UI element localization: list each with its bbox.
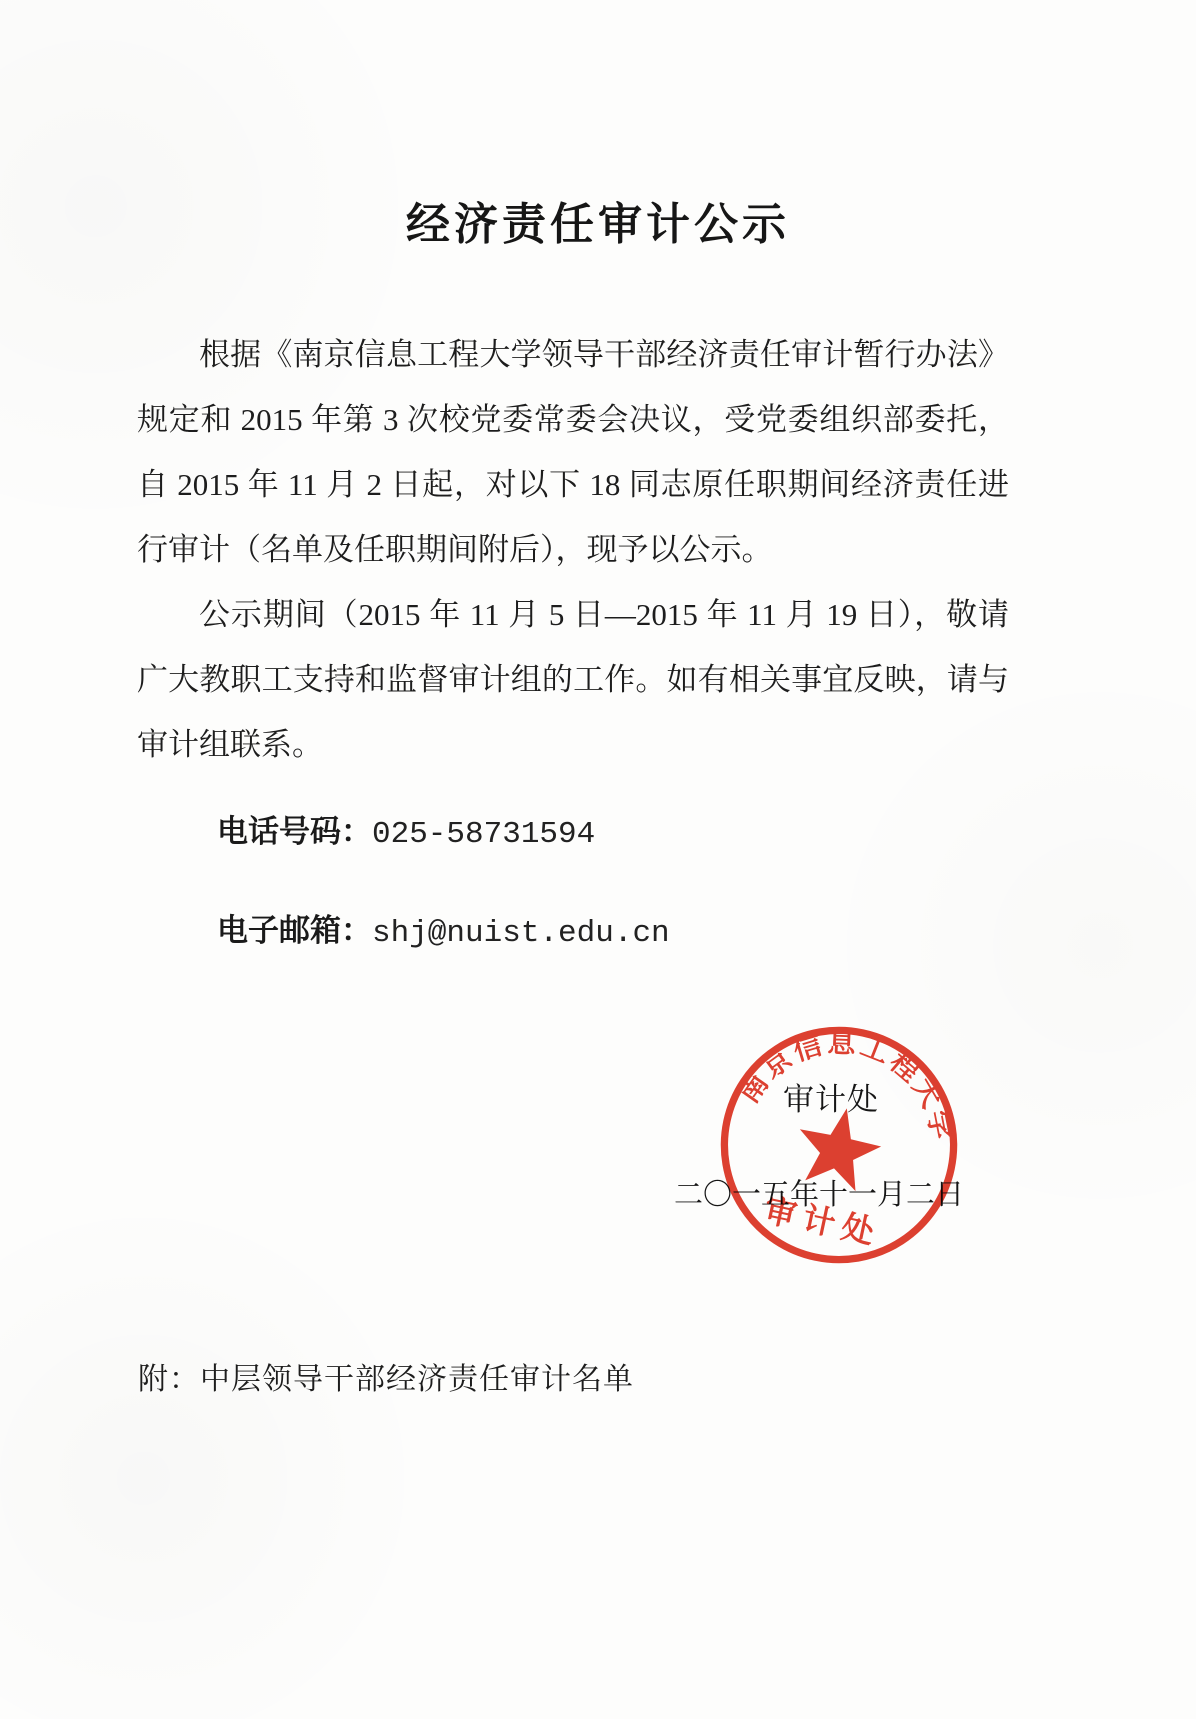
email-label: 电子邮箱： [217, 913, 372, 948]
email-row: 电子邮箱：shj@nuist.edu.cn [217, 910, 1196, 955]
star-icon [790, 1100, 888, 1195]
paragraph-basis: 根据《南京信息工程大学领导干部经济责任审计暂行办法》规定和 2015 年第 3 … [137, 322, 1009, 582]
paragraph-notice-period: 公示期间（2015 年 11 月 5 日—2015 年 11 月 19 日），敬… [137, 582, 1009, 777]
phone-row: 电话号码：025-58731594 [217, 811, 1196, 856]
attachment-note: 附：中层领导干部经济责任审计名单 [138, 1354, 634, 1398]
document-body: 根据《南京信息工程大学领导干部经济责任审计暂行办法》规定和 2015 年第 3 … [137, 322, 1009, 777]
email-value: shj@nuist.edu.cn [372, 916, 670, 951]
official-seal: 南京信息工程大学 审计处 [714, 1020, 964, 1270]
scanned-document-page: 经济责任审计公示 根据《南京信息工程大学领导干部经济责任审计暂行办法》规定和 2… [0, 0, 1196, 1719]
document-title: 经济责任审计公示 [0, 0, 1196, 252]
phone-value: 025-58731594 [372, 817, 595, 852]
phone-label: 电话号码： [217, 814, 372, 849]
